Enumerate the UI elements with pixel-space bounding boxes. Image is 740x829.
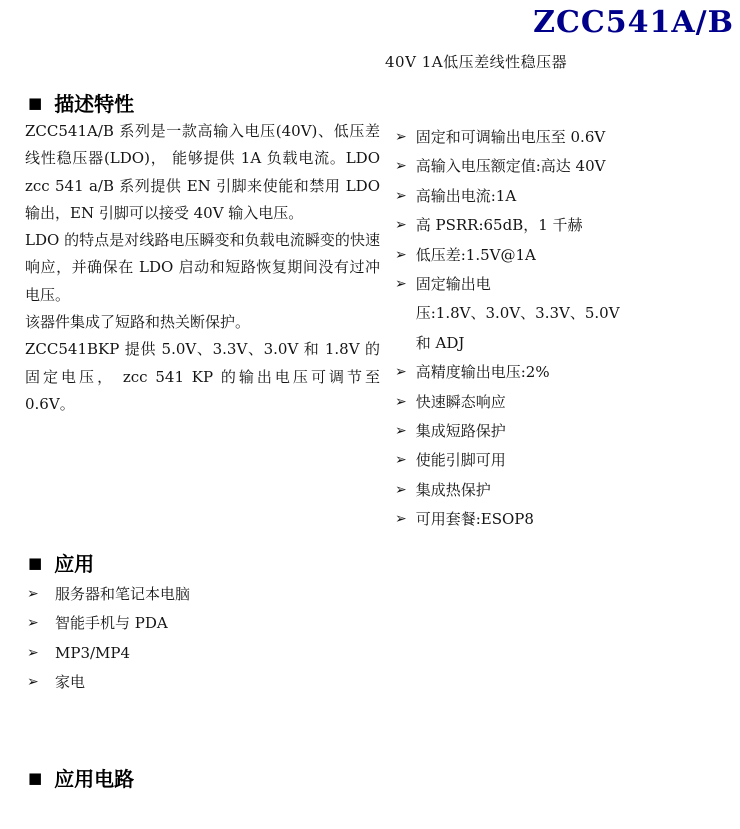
arrow-bullet-icon: ➢: [395, 417, 407, 446]
feature-item-text: 高输入电压额定值:高达 40V: [416, 152, 606, 181]
arrow-bullet-icon: ➢: [27, 580, 55, 609]
application-item: ➢ 智能手机与 PDA: [27, 609, 367, 638]
arrow-bullet-icon: ➢: [395, 446, 407, 475]
section-heading-applications-label: 应用: [54, 548, 94, 577]
description-paragraph: ZCC541A/B 系列是一款高输入电压(40V)、低压差线性稳压器(LDO)，…: [25, 118, 380, 227]
section-heading-application-circuit: ■ 应用电路: [28, 763, 134, 792]
section-heading-applications: ■ 应用: [28, 548, 94, 577]
section-heading-application-circuit-label: 应用电路: [54, 763, 134, 792]
arrow-bullet-icon: ➢: [395, 476, 407, 505]
arrow-bullet-icon: ➢: [27, 668, 55, 697]
application-item-text: MP3/MP4: [55, 639, 130, 668]
application-item-text: 服务器和笔记本电脑: [55, 580, 190, 609]
arrow-bullet-icon: ➢: [395, 241, 407, 270]
feature-item: ➢ 使能引脚可用: [395, 446, 740, 475]
doc-subtitle: 40V 1A低压差线性稳压器: [385, 51, 567, 72]
feature-item-text: 高精度输出电压:2%: [416, 358, 550, 387]
description-paragraph: ZCC541BKP 提供 5.0V、3.3V、3.0V 和 1.8V 的固定电压…: [25, 336, 380, 418]
applications-list: ➢ 服务器和笔记本电脑 ➢ 智能手机与 PDA ➢ MP3/MP4 ➢ 家电: [27, 580, 367, 698]
datasheet-page: ZCC541A/B 40V 1A低压差线性稳压器 ■ 描述特性 ZCC541A/…: [0, 0, 740, 829]
feature-item: ➢ 高 PSRR:65dB，1 千赫: [395, 211, 740, 240]
feature-item: ➢ 可用套餐:ESOP8: [395, 505, 740, 534]
feature-item-text: 高 PSRR:65dB，1 千赫: [416, 211, 583, 240]
feature-item: ➢ 集成短路保护: [395, 417, 740, 446]
arrow-bullet-icon: ➢: [395, 270, 407, 299]
feature-item-text: 高输出电流:1A: [416, 182, 516, 211]
arrow-bullet-icon: ➢: [395, 152, 407, 181]
feature-item: ➢ 集成热保护: [395, 476, 740, 505]
feature-item-text: 可用套餐:ESOP8: [416, 505, 534, 534]
arrow-bullet-icon: ➢: [395, 358, 407, 387]
application-item: ➢ MP3/MP4: [27, 639, 367, 668]
square-bullet-icon: ■: [28, 96, 42, 111]
feature-item-text: 固定和可调输出电压至 0.6V: [416, 123, 605, 152]
arrow-bullet-icon: ➢: [395, 211, 407, 240]
feature-item: ➢ 高输出电流:1A: [395, 182, 740, 211]
feature-item-text: 低压差:1.5V@1A: [416, 241, 536, 270]
description-paragraph: LDO 的特点是对线路电压瞬变和负载电流瞬变的快速响应，并确保在 LDO 启动和…: [25, 227, 380, 309]
feature-item-text: 集成热保护: [416, 476, 491, 505]
application-item-text: 智能手机与 PDA: [55, 609, 168, 638]
arrow-bullet-icon: ➢: [395, 505, 407, 534]
feature-item: ➢ 低压差:1.5V@1A: [395, 241, 740, 270]
feature-item-text: 固定输出电 压:1.8V、3.0V、3.3V、5.0V 和 ADJ: [416, 270, 620, 358]
feature-item-text: 集成短路保护: [416, 417, 506, 446]
arrow-bullet-icon: ➢: [395, 388, 407, 417]
arrow-bullet-icon: ➢: [395, 182, 407, 211]
feature-item: ➢ 快速瞬态响应: [395, 388, 740, 417]
section-heading-description: ■ 描述特性: [28, 88, 134, 117]
section-heading-description-label: 描述特性: [54, 88, 134, 117]
part-number-title: ZCC541A/B: [533, 5, 734, 40]
feature-item: ➢ 固定输出电 压:1.8V、3.0V、3.3V、5.0V 和 ADJ: [395, 270, 740, 358]
feature-item: ➢ 固定和可调输出电压至 0.6V: [395, 123, 740, 152]
arrow-bullet-icon: ➢: [395, 123, 407, 152]
arrow-bullet-icon: ➢: [27, 609, 55, 638]
square-bullet-icon: ■: [28, 556, 42, 571]
features-list: ➢ 固定和可调输出电压至 0.6V ➢ 高输入电压额定值:高达 40V ➢ 高输…: [395, 123, 740, 535]
application-item-text: 家电: [55, 668, 85, 697]
feature-item-text: 快速瞬态响应: [416, 388, 506, 417]
square-bullet-icon: ■: [28, 771, 42, 786]
description-paragraphs: ZCC541A/B 系列是一款高输入电压(40V)、低压差线性稳压器(LDO)，…: [25, 118, 380, 418]
feature-item-text: 使能引脚可用: [416, 446, 506, 475]
application-item: ➢ 家电: [27, 668, 367, 697]
feature-item: ➢ 高输入电压额定值:高达 40V: [395, 152, 740, 181]
description-paragraph: 该器件集成了短路和热关断保护。: [25, 309, 380, 336]
feature-item: ➢ 高精度输出电压:2%: [395, 358, 740, 387]
arrow-bullet-icon: ➢: [27, 639, 55, 668]
application-item: ➢ 服务器和笔记本电脑: [27, 580, 367, 609]
